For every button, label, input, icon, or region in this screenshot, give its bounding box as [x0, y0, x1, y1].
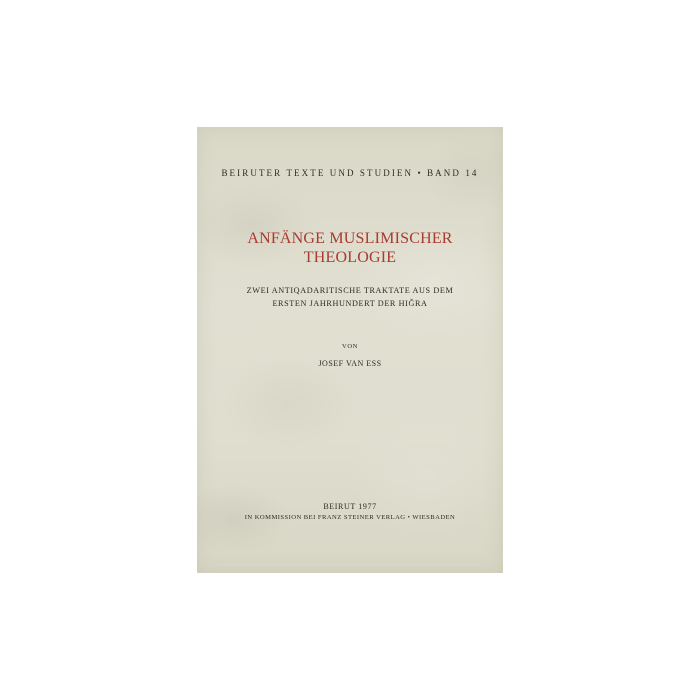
publisher-line: IN KOMMISSION BEI FRANZ STEINER VERLAG •… [197, 514, 503, 521]
product-image-stage: BEIRUTER TEXTE UND STUDIEN • BAND 14 ANF… [0, 0, 700, 700]
book-cover: BEIRUTER TEXTE UND STUDIEN • BAND 14 ANF… [197, 127, 503, 573]
author-name: JOSEF VAN ESS [197, 359, 503, 368]
series-line: BEIRUTER TEXTE UND STUDIEN • BAND 14 [197, 168, 503, 178]
place-year: BEIRUT 1977 [197, 502, 503, 511]
book-title-line-2: THEOLOGIE [197, 249, 503, 267]
by-label: VON [197, 343, 503, 350]
book-subtitle-line-1: ZWEI ANTIQADARITISCHE TRAKTATE AUS DEM [197, 286, 503, 295]
book-subtitle-line-2: ERSTEN JAHRHUNDERT DER HIĞRA [197, 299, 503, 308]
book-title-line-1: ANFÄNGE MUSLIMISCHER [197, 230, 503, 248]
